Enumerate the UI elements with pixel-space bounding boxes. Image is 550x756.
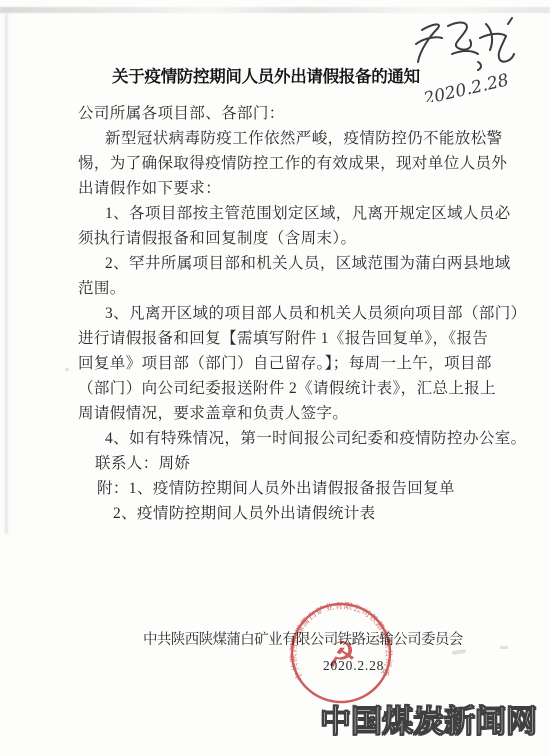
body-line: 出请假作如下要求： bbox=[78, 176, 508, 201]
scan-smudge bbox=[500, 646, 508, 649]
scan-smudge bbox=[452, 649, 466, 655]
signature-scribble bbox=[416, 18, 514, 70]
body-line: 须执行请假报备和回复制度（含周末）。 bbox=[78, 226, 508, 251]
notice-title: 关于疫情防控期间人员外出请假报备的通知 bbox=[112, 63, 420, 87]
body-line-contact: 联系人：周娇 bbox=[95, 451, 508, 476]
scan-smudge bbox=[65, 368, 69, 371]
hammer-sickle-icon: ☭ bbox=[324, 634, 358, 677]
body-line-attachment-2: 2、疫情防控期间人员外出请假统计表 bbox=[113, 501, 508, 526]
official-red-seal: 中共陕西陕煤蒲白矿业有限公司铁路运输公司委员会 ☭ bbox=[283, 595, 399, 711]
body-line: 3、凡离开区域的项目部人员和机关人员须向项目部（部门） bbox=[105, 301, 508, 326]
news-site-watermark: 中国煤炭新闻网 bbox=[320, 703, 537, 741]
handwritten-date: 2020.2.28 bbox=[421, 70, 511, 102]
body-line: 回复单》项目部（部门）自己留存。】；每周一上午，项目部 bbox=[78, 351, 508, 376]
body-line: 周请假情况，要求盖章和负责人签字。 bbox=[78, 401, 508, 426]
body-line: 范围。 bbox=[78, 276, 508, 301]
scanned-notice-page: 2020.2.28 关于疫情防控期间人员外出请假报备的通知 公司所属各项目部、各… bbox=[0, 0, 550, 756]
body-line: 进行请假报备和回复【需填写附件 1《报告回复单》，《报告 bbox=[78, 326, 508, 351]
body-line: 1、各项目部按主管范围划定区域，凡离开规定区域人员必 bbox=[105, 201, 508, 226]
body-line: 4、如有特殊情况，第一时间报公司纪委和疫情防控办公室。 bbox=[105, 426, 508, 451]
body-line: 公司所属各项目部、各部门： bbox=[78, 101, 508, 126]
handwritten-signature: 2020.2.28 bbox=[408, 10, 550, 102]
scan-artifact-left-edge bbox=[5, 14, 8, 534]
notice-body: 公司所属各项目部、各部门： 新型冠状病毒防疫工作依然严峻，疫情防控仍不能放松警 … bbox=[78, 101, 508, 526]
body-line-attachment-1: 附：1、疫情防控期间人员外出请假报备报告回复单 bbox=[97, 476, 508, 501]
body-line: 2、罕井所属项目部和机关人员，区域范围为蒲白两县地域 bbox=[105, 251, 508, 276]
body-line: （部门）向公司纪委报送附件 2《请假统计表》，汇总上报上 bbox=[78, 376, 508, 401]
body-line: 惕，为了确保取得疫情防控工作的有效成果，现对单位人员外 bbox=[78, 151, 508, 176]
body-line: 新型冠状病毒防疫工作依然严峻，疫情防控仍不能放松警 bbox=[105, 126, 508, 151]
